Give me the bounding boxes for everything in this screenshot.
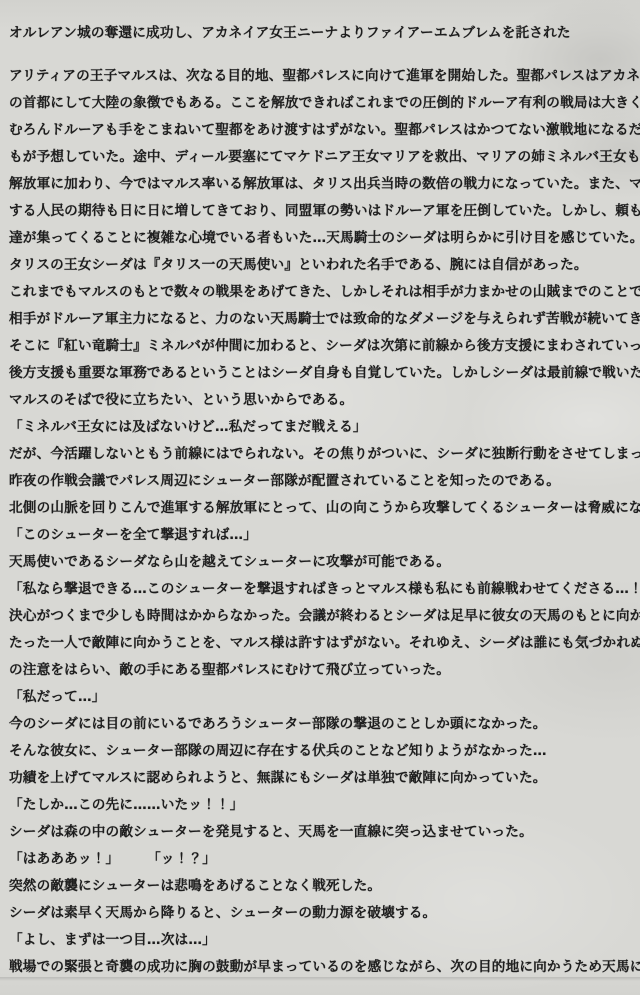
text-line: 北側の山脈を回りこんで進軍する解放軍にとって、山の向こうから攻撃してくるシュータ…	[9, 495, 635, 522]
text-line: シーダは素早く天馬から降りると、シューターの動力源を破壊する。	[9, 900, 635, 927]
text-line: 「ミネルバ王女には及ばないけど…私だってまだ戦える」	[9, 414, 635, 441]
text-line: アリティアの王子マルスは、次なる目的地、聖都パレスに向けて進軍を開始した。聖都パ…	[9, 63, 635, 90]
text-line: たった一人で敵陣に向かうことを、マルス様は許すはずがない。それゆえ、シーダは誰に…	[9, 630, 635, 657]
scanned-page: オルレアン城の奪還に成功し、アカネイア女王ニーナよりファイアーエムブレムを託され…	[0, 0, 640, 995]
text-line: 後方支援も重要な軍務であるということはシーダ自身も自覚していた。しかしシーダは最…	[9, 360, 635, 387]
text-line: 突然の敵襲にシューターは悲鳴をあげることなく戦死した。	[9, 873, 635, 900]
text-line: 達が集ってくることに複雑な心境でいる者もいた…天馬騎士のシーダは明らかに引け目を…	[9, 225, 635, 252]
text-line: マルスのそばで役に立ちたい、という思いからである。	[9, 387, 635, 414]
text-line: 「たしか…この先に……いたッ！！」	[9, 792, 635, 819]
text-line: むろんドルーアも手をこまねいて聖都をあけ渡すはずがない。聖都パレスはかつてない激…	[9, 117, 635, 144]
text-line: そんな彼女に、シューター部隊の周辺に存在する伏兵のことなど知りようがなかった…	[9, 738, 635, 765]
text-line: の注意をはらい、敵の手にある聖都パレスにむけて飛び立っていった。	[9, 657, 635, 684]
text-line: 「よし、まずは一つ目…次は…」	[9, 927, 635, 954]
scan-edge-shadow	[0, 977, 640, 981]
text-line: だが、今活躍しないともう前線にはでられない。その焦りがついに、シーダに独断行動を…	[9, 441, 635, 468]
text-line: 「私だって…」	[9, 684, 635, 711]
text-line: の首都にして大陸の象徴でもある。ここを解放できればこれまでの圧倒的ドルーア有利の…	[9, 90, 635, 117]
text-line: もが予想していた。途中、ディール要塞にてマケドニア王女マリアを救出、マリアの姉ミ…	[9, 144, 635, 171]
text-line: 決心がつくまで少しも時間はかからなかった。会議が終わるとシーダは足早に彼女の天馬…	[9, 603, 635, 630]
text-line: する人民の期待も日に日に増してきており、同盟軍の勢いはドルーア軍を圧倒していた。…	[9, 198, 635, 225]
text-line: 解放軍に加わり、今ではマルス率いる解放軍は、タリス出兵当時の数倍の戦力になってい…	[9, 171, 635, 198]
text-line: 功績を上げてマルスに認められようと、無謀にもシーダは単独で敵陣に向かっていた。	[9, 765, 635, 792]
text-line: 天馬使いであるシーダなら山を越えてシューターに攻撃が可能である。	[9, 549, 635, 576]
text-column: オルレアン城の奪還に成功し、アカネイア女王ニーナよりファイアーエムブレムを託され…	[9, 20, 635, 981]
text-line: 「私なら撃退できる…このシューターを撃退すればきっとマルス様も私にも前線戦わせて…	[9, 576, 635, 603]
text-line: 昨夜の作戦会議でパレス周辺にシューター部隊が配置されていることを知ったのである。	[9, 468, 635, 495]
text-line: タリスの王女シーダは『タリス一の天馬使い』といわれた名手である、腕には自信があっ…	[9, 252, 635, 279]
text-line: 「はあああッ！」 「ッ！？」	[9, 846, 635, 873]
text-line: これまでもマルスのもとで数々の戦果をあげてきた、しかしそれは相手が力まかせの山賊…	[9, 279, 635, 306]
text-line: オルレアン城の奪還に成功し、アカネイア女王ニーナよりファイアーエムブレムを託され…	[9, 20, 635, 47]
text-line: 相手がドルーア軍主力になると、力のない天馬騎士では致命的なダメージを与えられず苦…	[9, 306, 635, 333]
text-line: 今のシーダには目の前にいるであろうシューター部隊の撃退のことしか頭になかった。	[9, 711, 635, 738]
text-line: シーダは森の中の敵シューターを発見すると、天馬を一直線に突っ込ませていった。	[9, 819, 635, 846]
text-line: 「このシューターを全て撃退すれば…」	[9, 522, 635, 549]
text-line: そこに『紅い竜騎士』ミネルバが仲間に加わると、シーダは次第に前線から後方支援にま…	[9, 333, 635, 360]
